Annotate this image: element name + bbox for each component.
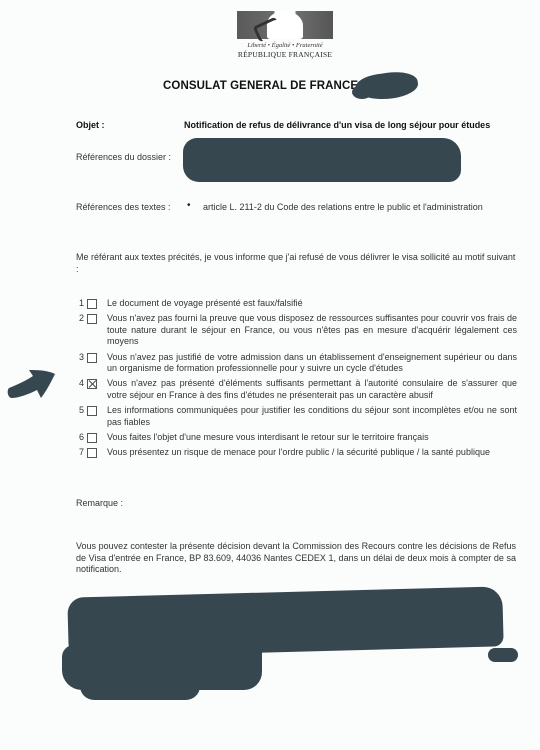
object-label: Objet : xyxy=(76,120,105,130)
reason-item: 4 Vous n'avez pas présenté d'éléments su… xyxy=(70,378,520,401)
redaction-mark xyxy=(352,85,372,99)
document-title: CONSULAT GENERAL DE FRANCE xyxy=(163,80,358,92)
reason-text: Vous présentez un risque de menace pour … xyxy=(107,447,517,458)
redaction-mark xyxy=(80,670,200,700)
redaction-mark xyxy=(183,138,461,182)
redaction-mark xyxy=(488,648,518,662)
reason-checkbox[interactable] xyxy=(87,353,97,363)
reason-text: Vous n'avez pas présenté d'éléments suff… xyxy=(107,378,517,401)
reason-item: 1 Le document de voyage présenté est fau… xyxy=(70,298,520,309)
reason-checkbox[interactable] xyxy=(87,448,97,458)
reason-number: 5 xyxy=(70,405,84,416)
logo-republic: RÉPUBLIQUE FRANÇAISE xyxy=(232,50,338,59)
object-value: Notification de refus de délivrance d'un… xyxy=(184,120,490,130)
reason-number: 4 xyxy=(70,378,84,389)
reason-text: Les informations communiquées pour justi… xyxy=(107,405,517,428)
reason-number: 1 xyxy=(70,298,84,309)
reason-checkbox[interactable] xyxy=(87,299,97,309)
texts-reference-value: article L. 211-2 du Code des relations e… xyxy=(203,202,483,212)
texts-reference-label: Références des textes : xyxy=(76,202,171,212)
reason-checkbox[interactable] xyxy=(87,314,97,324)
reason-text: Vous n'avez pas fourni la preuve que vou… xyxy=(107,313,517,347)
reason-checkbox[interactable] xyxy=(87,406,97,416)
marianne-logo: Liberté • Égalité • Fraternité RÉPUBLIQU… xyxy=(232,11,338,59)
reason-checkbox[interactable] xyxy=(87,433,97,443)
marianne-icon xyxy=(237,11,333,39)
reason-text: Vous n'avez pas justifié de votre admiss… xyxy=(107,352,517,375)
file-reference-label: Références du dossier : xyxy=(76,152,171,162)
document-page: Liberté • Égalité • Fraternité RÉPUBLIQU… xyxy=(0,0,540,750)
intro-paragraph: Me référant aux textes précités, je vous… xyxy=(76,251,516,275)
reason-number: 6 xyxy=(70,432,84,443)
reason-number: 2 xyxy=(70,313,84,324)
reason-item: 3 Vous n'avez pas justifié de votre admi… xyxy=(70,352,520,375)
reason-text: Vous faites l'objet d'une mesure vous in… xyxy=(107,432,517,443)
bullet-icon: • xyxy=(187,200,191,211)
reason-item: 5 Les informations communiquées pour jus… xyxy=(70,405,520,428)
logo-motto: Liberté • Égalité • Fraternité xyxy=(232,42,338,49)
reason-item: 7 Vous présentez un risque de menace pou… xyxy=(70,447,520,458)
reason-item: 2 Vous n'avez pas fourni la preuve que v… xyxy=(70,313,520,347)
hand-drawn-arrow-icon xyxy=(5,362,60,402)
reason-checkbox-checked[interactable] xyxy=(87,379,97,389)
reason-number: 7 xyxy=(70,447,84,458)
remark-label: Remarque : xyxy=(76,498,123,508)
reason-item: 6 Vous faites l'objet d'une mesure vous … xyxy=(70,432,520,443)
appeal-paragraph: Vous pouvez contester la présente décisi… xyxy=(76,541,516,576)
refusal-reasons-list: 1 Le document de voyage présenté est fau… xyxy=(70,298,520,463)
reason-number: 3 xyxy=(70,352,84,363)
reason-text: Le document de voyage présenté est faux/… xyxy=(107,298,517,309)
